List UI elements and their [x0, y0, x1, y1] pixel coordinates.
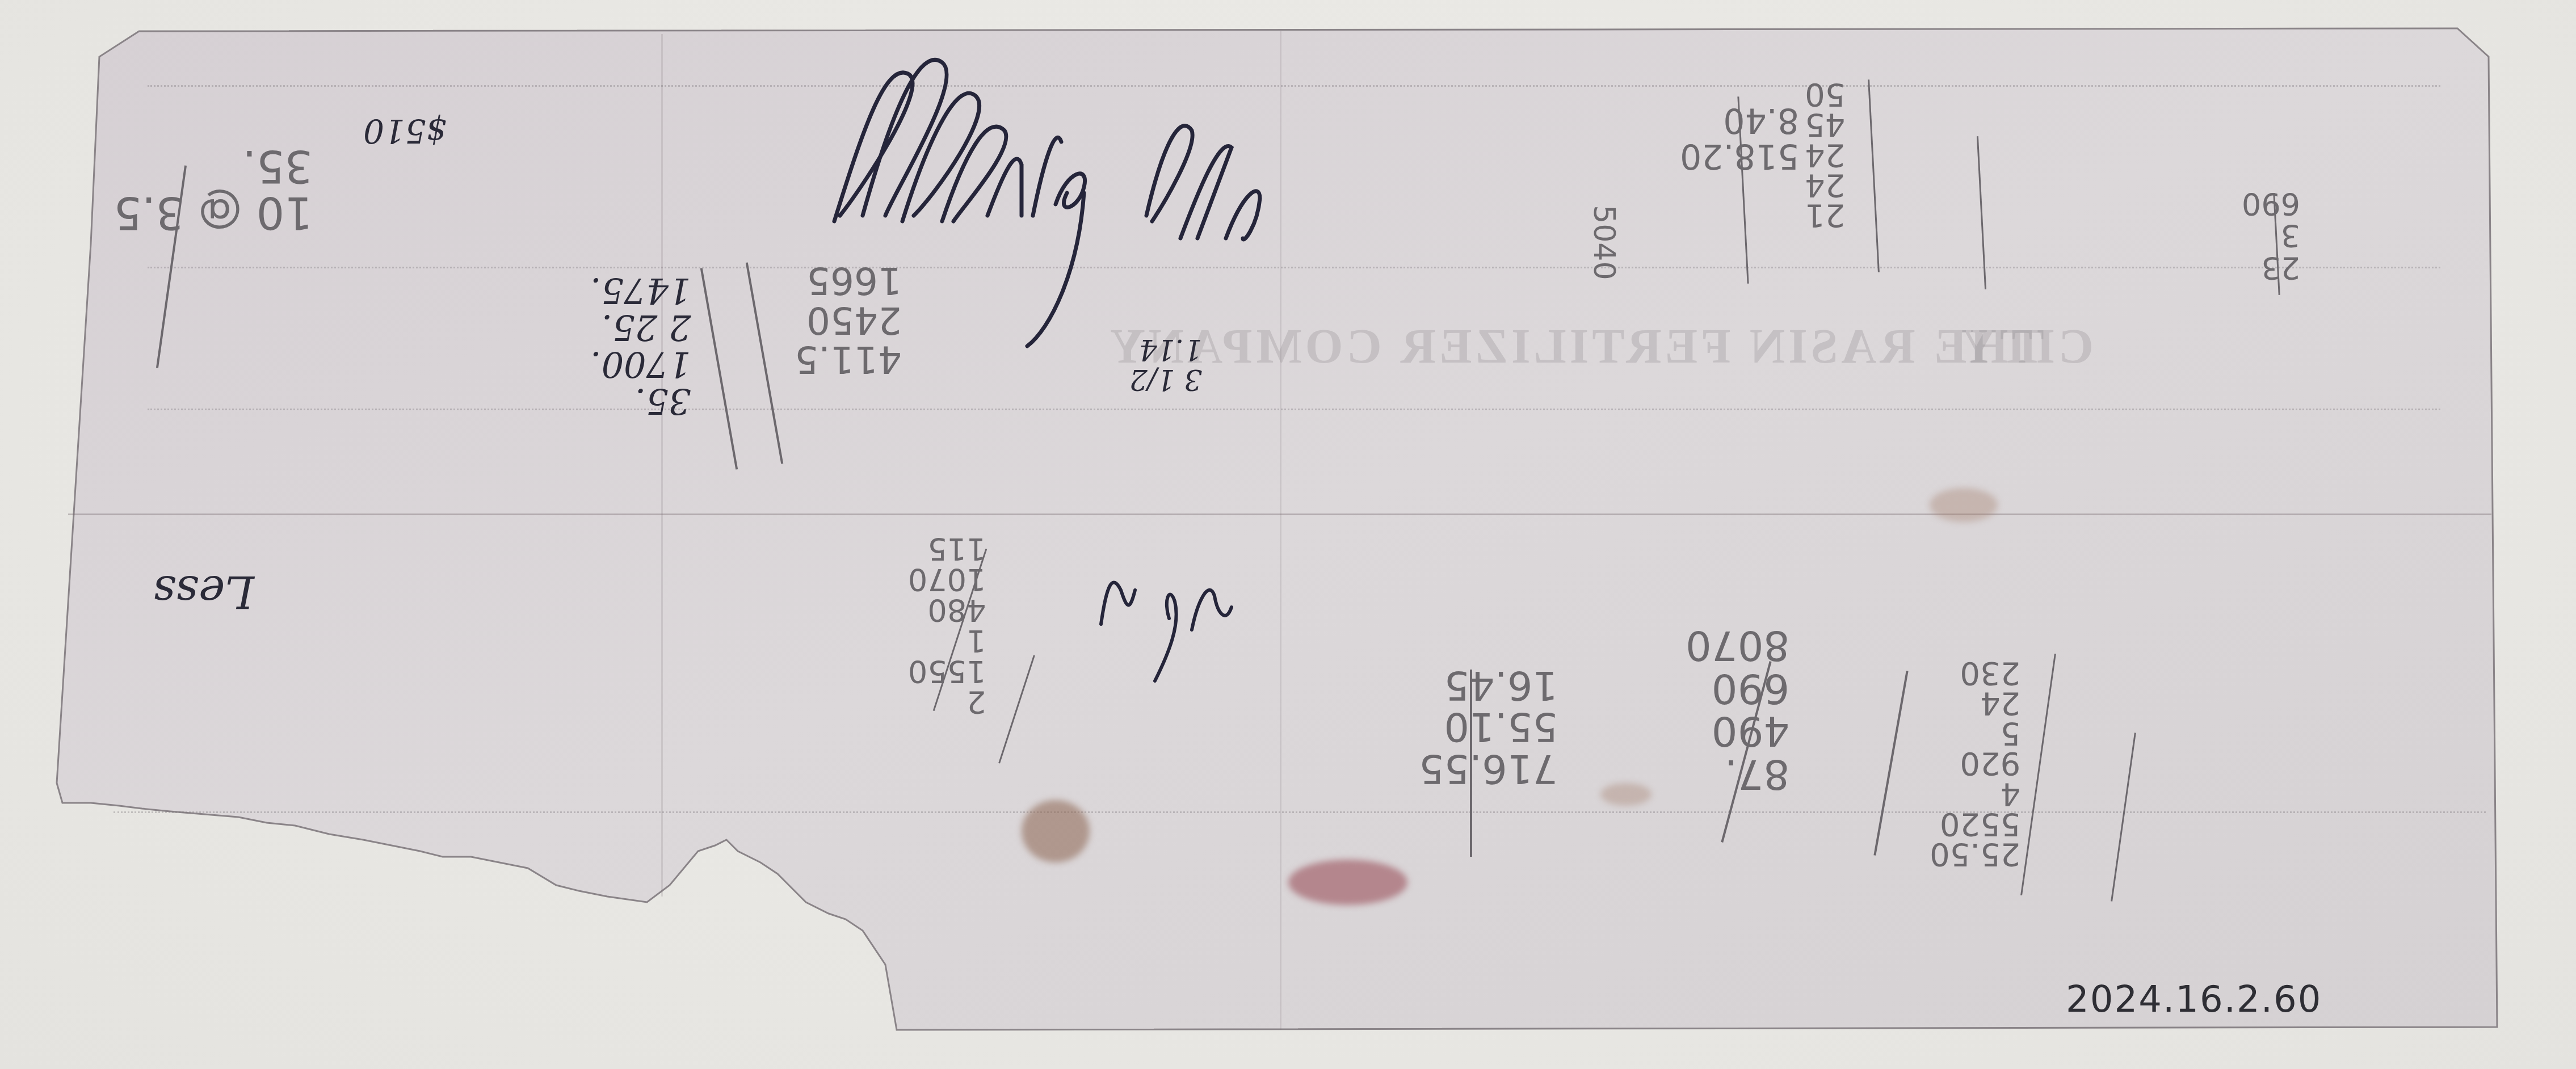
- annotation-amount-510: $510: [363, 113, 447, 148]
- accession-number: 2024.16.2.60: [2066, 979, 2322, 1021]
- stain: [1022, 800, 1090, 862]
- printed-rule: [148, 85, 2440, 87]
- stain: [1600, 783, 1652, 806]
- stain: [1288, 860, 1407, 905]
- fold-line: [661, 34, 663, 897]
- annotation-less: Less: [153, 567, 254, 614]
- annotation-rate: 10 @ 3.5 35.: [114, 142, 313, 235]
- annotation-calc-top-right-3: 23 3 690: [2242, 187, 2300, 284]
- fold-line: [68, 514, 2491, 515]
- annotation-calc-top-right-1: 518.20 8.40: [1680, 102, 1799, 174]
- paper-outline: [0, 0, 2576, 1069]
- printed-heading-showthrough: THE RASIN FERTILIZER COMPANY: [1107, 318, 2044, 374]
- printed-rule: [148, 267, 2440, 268]
- annotation-calc-small: 3 1/2 1.14: [1129, 335, 1202, 394]
- annotation-calc-pencil-left: 411.5 2450 1665: [795, 261, 902, 379]
- annotation-calc-right-2: 25.50 5520 4 920 5 24 230: [1930, 658, 2020, 869]
- printed-rule: [114, 811, 2486, 813]
- annotation-calc-center-right: 716.55 55.10 16.45: [1419, 664, 1558, 789]
- annotation-calc-top-right-2: 21 24 24 45 50: [1805, 79, 1845, 230]
- printed-rule: [148, 409, 2440, 410]
- annotation-calc-ink-left: 35. 1700. 2 25. 1475.: [590, 272, 691, 420]
- annotation-calc-center: 2 1550 1 480 1070 115: [908, 533, 986, 717]
- printed-subheading-showthrough: CITY: [1958, 318, 2094, 374]
- stain: [1930, 488, 1998, 522]
- fold-line: [1280, 31, 1281, 1030]
- annotation-calc-5040: 5040: [1589, 205, 1620, 280]
- annotation-calc-right-1: 87. 490 690 8070: [1686, 624, 1789, 796]
- paper-sheet: THE RASIN FERTILIZER COMPANY CITY: [0, 0, 2576, 1069]
